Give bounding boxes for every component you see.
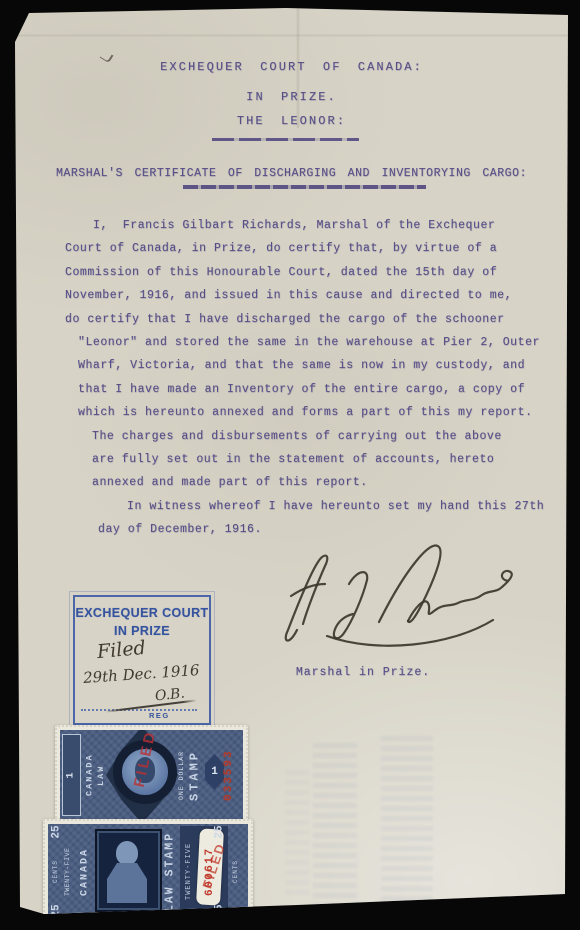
revenue-stamp-twenty-five-cents: 25 25 CENTS TWENTY-FIVE CANADA LAW STAMP…: [43, 819, 253, 924]
filing-stamp-box: EXCHEQUER COURT IN PRIZE Filed 29th Dec.…: [73, 595, 211, 725]
body-line: which is hereunto annexed and forms a pa…: [78, 401, 547, 424]
document-title: MARSHAL'S CERTIFICATE OF DISCHARGING AND…: [13, 167, 570, 180]
filing-stamp-prize: IN PRIZE: [75, 624, 209, 638]
dotted-line: [81, 709, 197, 711]
stamp-denomination: 25: [51, 904, 63, 917]
photo-background: EXCHEQUER COURT OF CANADA: IN PRIZE. THE…: [0, 0, 580, 930]
body-line: November, 1916, and issued in this cause…: [65, 284, 547, 307]
stamp-end-ornament: 1: [62, 734, 81, 816]
stamp-denomination: 25: [213, 825, 225, 838]
stamp-denomination: 25: [213, 904, 225, 917]
ghost-impressions: [313, 743, 357, 908]
body-line: are fully set out in the statement of ac…: [92, 448, 547, 471]
stamp-serial-number: 033593: [222, 730, 236, 820]
stamp-country-label: CANADA: [79, 824, 91, 919]
body-line: do certify that I have discharged the ca…: [65, 308, 547, 331]
king-george-portrait: [95, 829, 162, 912]
jurisdiction-line: IN PRIZE.: [13, 90, 570, 104]
filing-stamp-court: EXCHEQUER COURT: [75, 606, 209, 620]
stamp-cents-label: CENTS: [231, 840, 240, 903]
stamp-denomination: 25: [51, 825, 63, 838]
title-underline: [183, 185, 426, 189]
court-name: EXCHEQUER COURT OF CANADA:: [13, 60, 570, 74]
revenue-stamp-one-dollar: 1 CANADA LAW ONE DOLLAR STAMP 1 033593 F…: [55, 725, 248, 825]
body-line: The charges and disbursements of carryin…: [92, 425, 547, 448]
ghost-impressions: [285, 770, 309, 898]
body-line: In witness whereof I have hereunto set m…: [127, 495, 547, 518]
stamp-value-words: TWENTY-FIVE: [184, 824, 194, 919]
stamp-value-words: ONE DOLLAR: [177, 730, 186, 820]
stamp-cents-label: CENTS: [51, 840, 60, 903]
stamp-design: 25 25 CENTS TWENTY-FIVE CANADA LAW STAMP…: [48, 824, 248, 919]
certificate-body: I, Francis Gilbart Richards, Marshal of …: [65, 214, 547, 542]
reg-label: REG: [149, 711, 170, 720]
stamp-law-label: LAW: [96, 730, 106, 820]
body-line: annexed and made part of this report.: [92, 471, 547, 494]
body-line: Wharf, Victoria, and that the same is no…: [78, 354, 547, 377]
paper-crease: [13, 34, 570, 37]
body-line: Commission of this Honourable Court, dat…: [65, 261, 547, 284]
stamp-value-words: TWENTY-FIVE: [63, 824, 72, 919]
stamp-law-stamp-label: LAW STAMP: [163, 824, 177, 919]
portrait-bust: [107, 863, 147, 903]
body-line: Court of Canada, in Prize, do certify th…: [65, 237, 547, 260]
case-name: THE LEONOR:: [13, 114, 570, 128]
body-line: that I have made an Inventory of the ent…: [78, 378, 547, 401]
stamp-country-label: CANADA: [84, 730, 95, 820]
filed-handwriting: Filed: [96, 637, 146, 663]
body-line: "Leonor" and stored the same in the ware…: [78, 331, 547, 354]
body-line: I, Francis Gilbart Richards, Marshal of …: [93, 214, 547, 237]
filed-date-handwriting: 29th Dec. 1916: [83, 661, 201, 687]
portrait-head: [116, 841, 138, 865]
divider-line: [212, 138, 359, 141]
stamp-design: 1 CANADA LAW ONE DOLLAR STAMP 1 033593 F…: [60, 730, 243, 820]
signature-title: Marshal in Prize.: [253, 666, 473, 679]
signature: [281, 532, 521, 672]
ghost-impressions: [381, 736, 433, 914]
stamp-word-label: STAMP: [187, 730, 202, 820]
document-paper: EXCHEQUER COURT OF CANADA: IN PRIZE. THE…: [13, 8, 570, 918]
